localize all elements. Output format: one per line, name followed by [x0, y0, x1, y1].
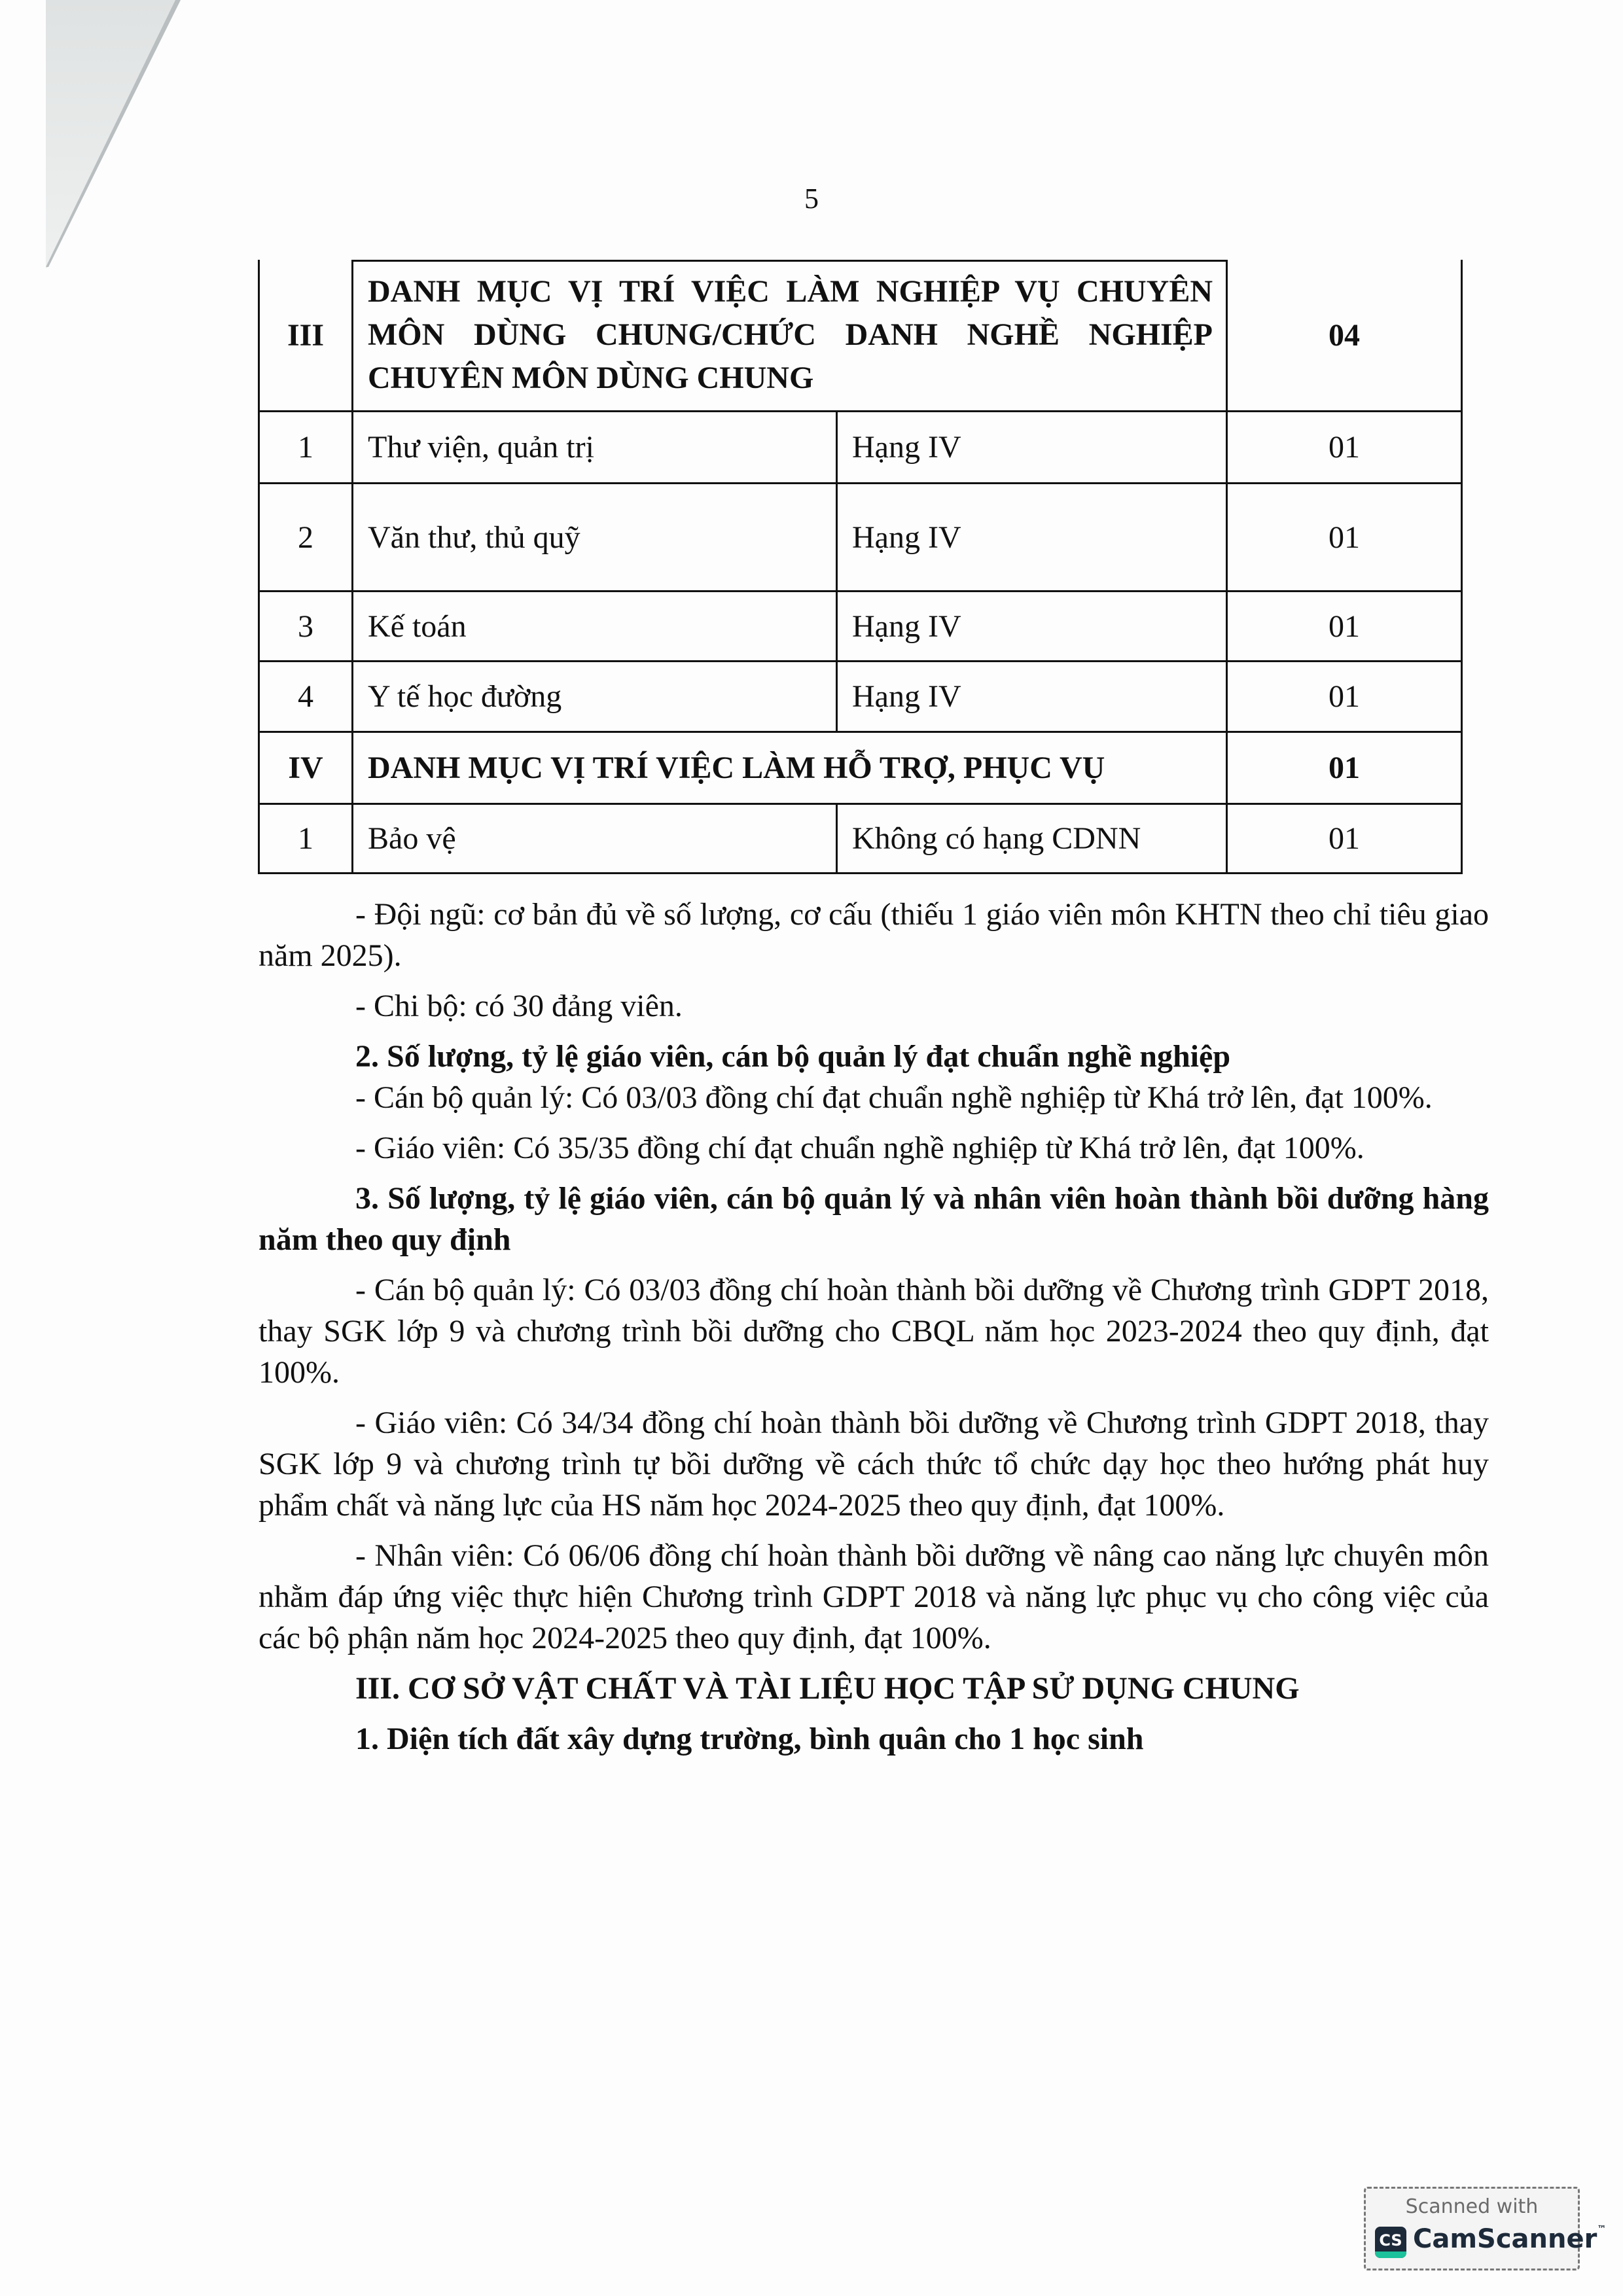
table-section-row: IV DANH MỤC VỊ TRÍ VIỆC LÀM HỖ TRỢ, PHỤC… [258, 733, 1463, 805]
rank: Hạng IV [836, 484, 1226, 590]
rank: Hạng IV [836, 662, 1226, 731]
row-count: 01 [1226, 662, 1463, 731]
section-title: DANH MỤC VỊ TRÍ VIỆC LÀM NGHIỆP VỤ CHUYÊ… [368, 270, 1226, 400]
heading-annual-training: 3. Số lượng, tỷ lệ giáo viên, cán bộ quả… [259, 1178, 1489, 1260]
position-name: Kế toán [353, 592, 836, 660]
row-count: 01 [1226, 412, 1463, 482]
watermark-caption: Scanned with [1366, 2195, 1578, 2218]
paragraph-teachers-training: - Giáo viên: Có 34/34 đồng chí hoàn thàn… [259, 1402, 1489, 1526]
row-number: IV [258, 733, 353, 803]
row-number: 1 [258, 412, 353, 482]
row-count: 01 [1226, 592, 1463, 660]
position-name: Văn thư, thủ quỹ [353, 484, 836, 590]
paragraph-party-cell: - Chi bộ: có 30 đảng viên. [259, 985, 1489, 1027]
heading-facilities: III. CƠ SỞ VẬT CHẤT VÀ TÀI LIỆU HỌC TẬP … [259, 1668, 1489, 1709]
row-number: 3 [258, 592, 353, 660]
table-row: 3 Kế toán Hạng IV 01 [258, 592, 1463, 662]
table-row: 1 Bảo vệ Không có hạng CDNN 01 [258, 805, 1463, 874]
table-row: 1 Thư viện, quản trị Hạng IV 01 [258, 412, 1463, 484]
camscanner-logo-icon: CS [1375, 2227, 1406, 2258]
paragraph-staff-training: - Nhân viên: Có 06/06 đồng chí hoàn thàn… [259, 1535, 1489, 1659]
heading-professional-standards: 2. Số lượng, tỷ lệ giáo viên, cán bộ quả… [259, 1036, 1489, 1077]
position-name: Y tế học đường [353, 662, 836, 731]
section-title-cell: DANH MỤC VỊ TRÍ VIỆC LÀM NGHIỆP VỤ CHUYÊ… [353, 260, 1226, 410]
paragraph-staff: - Đội ngũ: cơ bản đủ về số lượng, cơ cấu… [259, 894, 1489, 976]
page-fold-shadow [0, 0, 196, 275]
table-row: 2 Văn thư, thủ quỹ Hạng IV 01 [258, 484, 1463, 592]
position-name: Bảo vệ [353, 805, 836, 872]
heading-land-area: 1. Diện tích đất xây dựng trường, bình q… [259, 1718, 1489, 1759]
row-count: 01 [1226, 484, 1463, 590]
row-number: III [258, 260, 353, 410]
table-section-row: III DANH MỤC VỊ TRÍ VIỆC LÀM NGHIỆP VỤ C… [258, 260, 1463, 412]
rank: Hạng IV [836, 592, 1226, 660]
watermark-brand: CamScanner™ [1413, 2224, 1606, 2254]
table-row: 4 Y tế học đường Hạng IV 01 [258, 662, 1463, 733]
row-count: 01 [1226, 805, 1463, 872]
position-name: Thư viện, quản trị [353, 412, 836, 482]
row-number: 4 [258, 662, 353, 731]
camscanner-watermark: Scanned with CS CamScanner™ [1364, 2187, 1580, 2270]
section-title: DANH MỤC VỊ TRÍ VIỆC LÀM HỖ TRỢ, PHỤC VỤ [353, 733, 1226, 803]
page-number: 5 [0, 182, 1623, 215]
row-number: 2 [258, 484, 353, 590]
paragraph-managers-training: - Cán bộ quản lý: Có 03/03 đồng chí hoàn… [259, 1269, 1489, 1393]
paragraph-managers-standard: - Cán bộ quản lý: Có 03/03 đồng chí đạt … [259, 1077, 1489, 1118]
rank: Hạng IV [836, 412, 1226, 482]
row-count: 01 [1226, 733, 1463, 803]
document-body: - Đội ngũ: cơ bản đủ về số lượng, cơ cấu… [259, 894, 1489, 1759]
paragraph-teachers-standard: - Giáo viên: Có 35/35 đồng chí đạt chuẩn… [259, 1127, 1489, 1169]
row-count: 04 [1226, 260, 1463, 410]
rank: Không có hạng CDNN [836, 805, 1226, 872]
row-number: 1 [258, 805, 353, 872]
